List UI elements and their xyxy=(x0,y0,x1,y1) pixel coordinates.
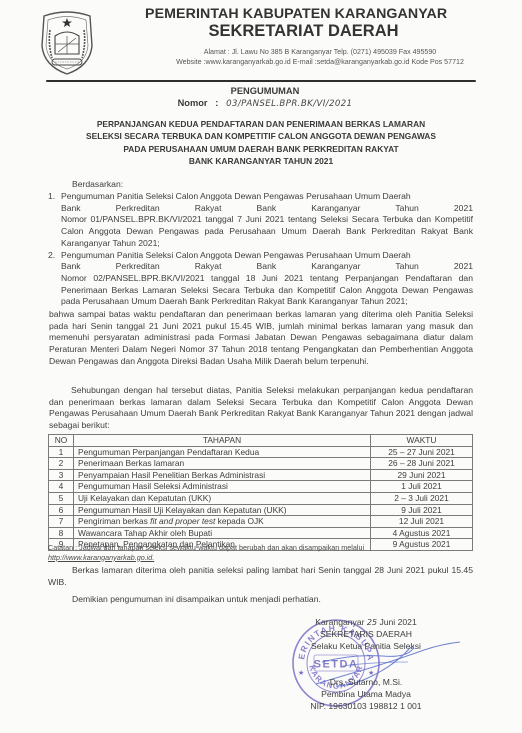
letterhead-website: Website :www.karanganyarkab.go.id E-mail… xyxy=(118,58,522,68)
announcement-heading: PENGUMUMAN xyxy=(0,86,522,96)
signature-month-year: Juni 2021 xyxy=(379,617,416,627)
paragraph-deadline: Berkas lamaran diterima oleh panitia sel… xyxy=(48,565,473,588)
stage-text: Pengiriman berkas xyxy=(78,516,150,526)
list-text: Nomor 02/PANSEL.BPR.BK/VI/2021 tanggal 1… xyxy=(61,273,473,308)
cell-time: 1 Juli 2021 xyxy=(371,481,473,493)
letterhead-divider xyxy=(46,80,476,82)
stage-italic-text: fit and proper test xyxy=(150,516,215,526)
cell-no: 6 xyxy=(49,504,74,516)
header-time: WAKTU xyxy=(371,435,473,447)
list-number: 1. xyxy=(48,191,55,203)
cell-time: 26 – 28 Juni 2021 xyxy=(371,458,473,470)
cell-time: 9 Juli 2021 xyxy=(371,504,473,516)
note-text: Catatan : Jadwal dan tahapan seleksi sew… xyxy=(48,543,364,553)
table-row: 7Pengiriman berkas fit and proper test k… xyxy=(49,516,473,528)
cell-no: 7 xyxy=(49,516,74,528)
list-item: 1. Pengumuman Panitia Seleksi Calon Angg… xyxy=(48,191,473,250)
cell-no: 1 xyxy=(49,446,74,458)
table-row: 2Penerimaan Berkas lamaran26 – 28 Juni 2… xyxy=(49,458,473,470)
title-line: SELEKSI SECARA TERBUKA DAN KOMPETITIF CA… xyxy=(40,130,482,142)
title-line: PADA PERUSAHAAN UMUM DAERAH BANK PERKRED… xyxy=(40,143,482,155)
cell-time: 29 Juni 2021 xyxy=(371,469,473,481)
header-no: NO xyxy=(49,435,74,447)
list-item: 2. Pengumuman Panitia Seleksi Calon Angg… xyxy=(48,250,473,309)
list-text-line: Pengumuman Panitia Seleksi Calon Anggota… xyxy=(61,191,473,203)
number-label: Nomor xyxy=(178,98,208,108)
announcement-title: PERPANJANGAN KEDUA PENDAFTARAN DAN PENER… xyxy=(40,118,482,167)
signature-place-date: Karanganyar 25 Juni 2021 xyxy=(296,617,436,629)
cell-time: 12 Juli 2021 xyxy=(371,516,473,528)
cell-time: 25 – 27 Juni 2021 xyxy=(371,446,473,458)
paragraph-closing: Demikian pengumuman ini disampaikan untu… xyxy=(72,594,321,606)
cell-stage: Penyampaian Hasil Penelitian Berkas Admi… xyxy=(74,469,371,481)
signature-day: 25 xyxy=(367,618,377,627)
svg-text:★: ★ xyxy=(368,669,374,677)
cell-time: 2 – 3 Juli 2021 xyxy=(371,492,473,504)
cell-stage: Pengumuman Hasil Seleksi Administrasi xyxy=(74,481,371,493)
cell-no: 2 xyxy=(49,458,74,470)
list-text-line: Pengumuman Panitia Seleksi Calon Anggota… xyxy=(61,250,473,262)
number-value: 03/PANSEL.BPR.BK/VI/2021 xyxy=(226,99,352,109)
table-row: 8Wawancara Tahap Akhir oleh Bupati4 Agus… xyxy=(49,527,473,539)
title-line: BANK KARANGANYAR TAHUN 2021 xyxy=(40,155,482,167)
svg-text:★: ★ xyxy=(298,669,304,677)
signatory-nip: NIP. 19630103 198812 1 001 xyxy=(284,701,448,713)
cell-no: 8 xyxy=(49,527,74,539)
table-row: 1Pengumuman Perpanjangan Pendaftaran Ked… xyxy=(49,446,473,458)
announcement-number: Nomor : 03/PANSEL.BPR.BK/VI/2021 xyxy=(0,98,522,109)
letterhead-office: SEKRETARIAT DAERAH xyxy=(0,22,522,41)
letterhead-contact: Alamat : Jl. Lawu No 385 B Karanganyar T… xyxy=(0,48,522,67)
table-row: 4Pengumuman Hasil Seleksi Administrasi1 … xyxy=(49,481,473,493)
cell-time: 9 Agustus 2021 xyxy=(371,539,473,551)
cell-time: 4 Agustus 2021 xyxy=(371,527,473,539)
cell-stage: Pengiriman berkas fit and proper test ke… xyxy=(74,516,371,528)
table-header-row: NO TAHAPAN WAKTU xyxy=(49,435,473,447)
announcement-document: PEMERINTAH KABUPATEN KARANGANYAR SEKRETA… xyxy=(0,0,522,733)
signature-place: Karanganyar xyxy=(315,617,364,627)
schedule-note: Catatan : Jadwal dan tahapan seleksi sew… xyxy=(48,543,364,562)
list-text-line: Bank Perkreditan Rakyat Bank Karanganyar… xyxy=(61,261,473,273)
cell-stage: Pengumuman Hasil Uji Kelayakan dan Kepat… xyxy=(74,504,371,516)
cell-stage: Penerimaan Berkas lamaran xyxy=(74,458,371,470)
header-stage: TAHAPAN xyxy=(74,435,371,447)
letterhead-address: Alamat : Jl. Lawu No 385 B Karanganyar T… xyxy=(118,48,522,58)
paragraph-bahwa: bahwa sampai batas waktu pendaftaran dan… xyxy=(49,309,473,368)
list-text-line: Bank Perkreditan Rakyat Bank Karanganyar… xyxy=(61,203,473,215)
stage-text: kepada OJK xyxy=(215,516,263,526)
cell-no: 4 xyxy=(49,481,74,493)
signatory-name: Drs. Sutarno, M.Si. xyxy=(296,677,436,689)
table-row: 3Penyampaian Hasil Penelitian Berkas Adm… xyxy=(49,469,473,481)
cell-stage: Pengumuman Perpanjangan Pendaftaran Kedu… xyxy=(74,446,371,458)
website-link[interactable]: http://www.karanganyarkab.go.id. xyxy=(48,553,364,563)
svg-text:SETDA: SETDA xyxy=(314,659,359,671)
schedule-table: NO TAHAPAN WAKTU 1Pengumuman Perpanjanga… xyxy=(48,434,473,551)
signatory-rank: Pembina Utama Madya xyxy=(296,689,436,701)
signature-role: Selaku Ketua Panitia Seleksi xyxy=(296,641,436,653)
cell-no: 5 xyxy=(49,492,74,504)
list-number: 2. xyxy=(48,250,55,262)
list-text: Nomor 01/PANSEL.BPR.BK/VI/2021 tanggal 7… xyxy=(61,214,473,249)
cell-stage: Uji Kelayakan dan Kepatutan (UKK) xyxy=(74,492,371,504)
intro-text: Berdasarkan: xyxy=(72,179,123,191)
number-separator: : xyxy=(215,98,218,108)
table-row: 6Pengumuman Hasil Uji Kelayakan dan Kepa… xyxy=(49,504,473,516)
title-line: PERPANJANGAN KEDUA PENDAFTARAN DAN PENER… xyxy=(40,118,482,130)
reference-list: 1. Pengumuman Panitia Seleksi Calon Angg… xyxy=(48,191,473,308)
cell-stage: Wawancara Tahap Akhir oleh Bupati xyxy=(74,527,371,539)
signature-position: SEKRETARIS DAERAH xyxy=(296,629,436,641)
table-row: 5Uji Kelayakan dan Kepatutan (UKK)2 – 3 … xyxy=(49,492,473,504)
paragraph-sehubungan: Sehubungan dengan hal tersebut diatas, P… xyxy=(49,385,473,432)
cell-no: 3 xyxy=(49,469,74,481)
letterhead-government: PEMERINTAH KABUPATEN KARANGANYAR xyxy=(100,6,522,22)
